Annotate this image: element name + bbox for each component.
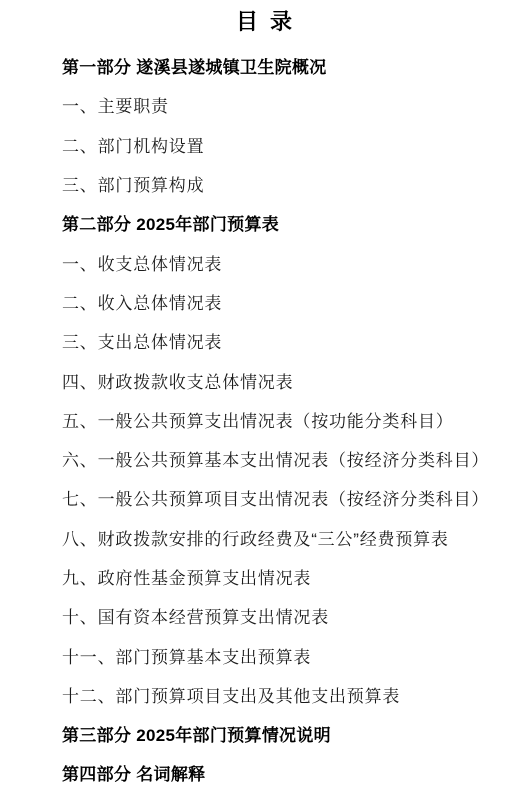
toc-item: 四、财政拨款收支总体情况表 bbox=[62, 360, 519, 399]
toc-item: 九、政府性基金预算支出情况表 bbox=[62, 557, 519, 596]
toc-item: 二、部门机构设置 bbox=[62, 125, 519, 164]
page-title: 目 录 bbox=[0, 5, 531, 36]
toc-item: 八、财政拨款安排的行政经费及“三公”经费预算表 bbox=[62, 518, 519, 557]
toc-section-heading: 第三部分 2025年部门预算情况说明 bbox=[62, 714, 519, 753]
toc-item: 十二、部门预算项目支出及其他支出预算表 bbox=[62, 675, 519, 714]
toc-section-heading: 第二部分 2025年部门预算表 bbox=[62, 203, 519, 242]
toc-item: 一、收支总体情况表 bbox=[62, 242, 519, 281]
toc-item: 七、一般公共预算项目支出情况表（按经济分类科目） bbox=[62, 478, 519, 517]
toc-section-heading: 第一部分 遂溪县遂城镇卫生院概况 bbox=[62, 46, 519, 85]
toc-item: 十、国有资本经营预算支出情况表 bbox=[62, 596, 519, 635]
document-page: 目 录 第一部分 遂溪县遂城镇卫生院概况 一、主要职责 二、部门机构设置 三、部… bbox=[0, 0, 531, 791]
table-of-contents: 第一部分 遂溪县遂城镇卫生院概况 一、主要职责 二、部门机构设置 三、部门预算构… bbox=[62, 46, 519, 791]
toc-item: 五、一般公共预算支出情况表（按功能分类科目） bbox=[62, 400, 519, 439]
toc-item: 三、部门预算构成 bbox=[62, 164, 519, 203]
toc-section-heading: 第四部分 名词解释 bbox=[62, 753, 519, 791]
toc-item: 一、主要职责 bbox=[62, 85, 519, 124]
toc-item: 二、收入总体情况表 bbox=[62, 282, 519, 321]
toc-item: 十一、部门预算基本支出预算表 bbox=[62, 635, 519, 674]
toc-item: 三、支出总体情况表 bbox=[62, 321, 519, 360]
toc-item: 六、一般公共预算基本支出情况表（按经济分类科目） bbox=[62, 439, 519, 478]
